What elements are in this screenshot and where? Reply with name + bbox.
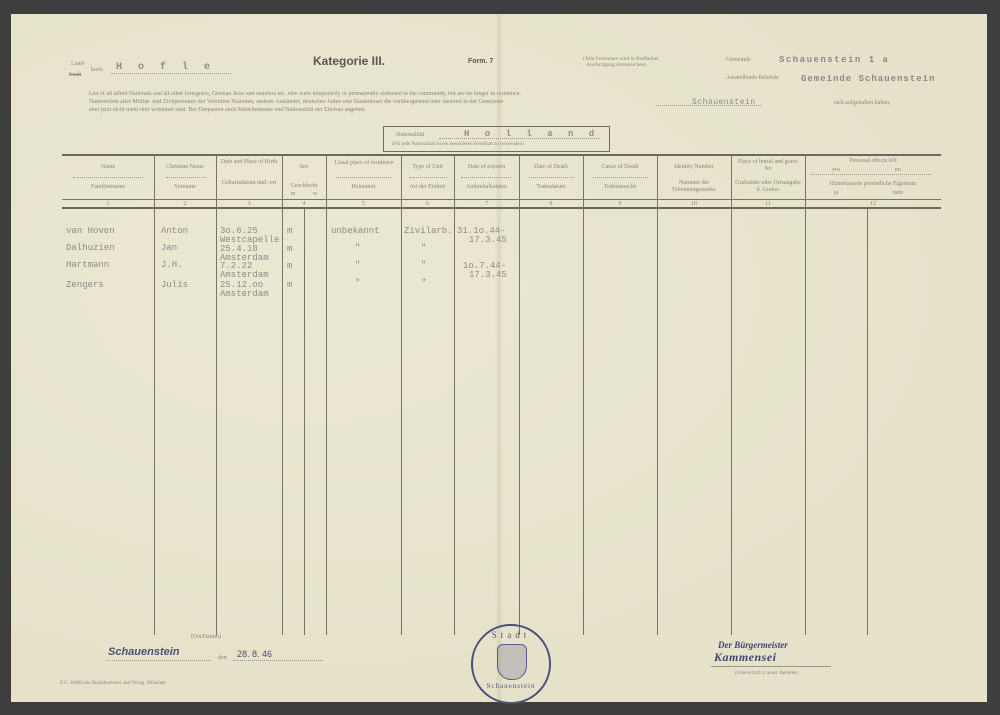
col-header-sex-de: Geschlecht bbox=[282, 183, 326, 190]
nationality-box: Nationalität H o l l a n d (Für jede Nat… bbox=[383, 126, 610, 152]
cell-birth-place: Amsterdam bbox=[220, 290, 269, 299]
col-number: 8 bbox=[519, 201, 583, 207]
cell-unit: " bbox=[421, 279, 426, 288]
effects-dotted-1 bbox=[811, 174, 931, 175]
col-header-residence-en: Usual place of residence bbox=[329, 160, 399, 167]
header-dotted bbox=[409, 177, 447, 178]
cell-name: Dalhuzien bbox=[66, 244, 115, 253]
cell-name: van Hoven bbox=[66, 227, 115, 236]
cell-sojourn-to: 17.3.45 bbox=[469, 236, 507, 245]
col-divider bbox=[282, 155, 283, 635]
table-header-divider bbox=[62, 199, 941, 200]
col-header-burial-en: Place of burial and grave No bbox=[735, 159, 801, 173]
seal-top-text: Stadt bbox=[473, 630, 549, 640]
intro-line-2: Namensliste aller Militär- und Zivilpers… bbox=[89, 99, 649, 105]
cell-residence: " bbox=[355, 279, 360, 288]
gemeinde-value: Schauenstein 1 a bbox=[779, 55, 889, 65]
cell-sojourn-to: 17.3.45 bbox=[469, 271, 507, 280]
col-number: 10 bbox=[657, 201, 731, 207]
col-divider-sex bbox=[304, 209, 305, 635]
col-header-name-en: Name bbox=[62, 164, 154, 171]
date-underline bbox=[233, 660, 323, 661]
cell-sex: m bbox=[287, 281, 292, 290]
col-number: 2 bbox=[154, 201, 216, 207]
col-number: 11 bbox=[731, 201, 805, 207]
cell-first-name: Jan bbox=[161, 244, 177, 253]
col-number: 7 bbox=[454, 201, 519, 207]
col-header-death-date-de: Todesdatum bbox=[519, 184, 583, 191]
col-header-death-date-en: Date of Death bbox=[519, 164, 583, 171]
kreis-underline bbox=[111, 73, 231, 74]
cell-first-name: Julis bbox=[161, 281, 188, 290]
cell-unit: " bbox=[421, 244, 426, 253]
col-header-death-cause-en: Cause of Death bbox=[583, 164, 657, 171]
col-header-identity-en: Identity Number bbox=[657, 164, 731, 171]
nationality-underline bbox=[439, 138, 599, 139]
cell-unit: " bbox=[421, 261, 426, 270]
col-header-burial-de: Grabstätte oder Ortsangabe d. Grabes bbox=[735, 180, 801, 194]
intro-line-1: List of all allied Nationals and all oth… bbox=[89, 91, 729, 97]
table-header-bottom-rule bbox=[62, 207, 941, 209]
col-divider bbox=[583, 155, 584, 635]
document-page: Land- kreis Stadt H o f l e Kategorie II… bbox=[11, 14, 987, 702]
date-stamp: 28. 8. 46 bbox=[237, 649, 272, 659]
nationality-label: Nationalität bbox=[396, 132, 424, 138]
header-dotted bbox=[166, 177, 206, 178]
col-header-first-de: Vorname bbox=[154, 184, 216, 191]
seal-bottom-text: Schauenstein bbox=[473, 682, 549, 690]
form-number: Form. 7 bbox=[468, 58, 493, 65]
col-divider-effects bbox=[867, 209, 868, 635]
cell-birth-place: Amsterdam bbox=[220, 271, 269, 280]
col-header-birth-de: Geburtsdatum und -ort bbox=[218, 180, 280, 187]
category-title: Kategorie III. bbox=[313, 54, 385, 68]
intro-line-2-end: sich aufgehalten haben, bbox=[834, 100, 890, 106]
col-divider bbox=[401, 155, 402, 635]
intro-line-3: aber jetzt nicht mehr dort wohnhaft sind… bbox=[89, 107, 649, 113]
header-dotted bbox=[461, 177, 511, 178]
cell-name: Zengers bbox=[66, 281, 104, 290]
header-dotted bbox=[529, 177, 574, 178]
col-header-residence-de: Heimatort bbox=[326, 184, 401, 191]
cell-unit: Zivilarb. bbox=[404, 227, 453, 236]
col-header-effects-no: no bbox=[873, 167, 923, 174]
signature-title: Der Bürgermeister bbox=[718, 640, 788, 650]
col-divider bbox=[326, 155, 327, 635]
cell-sex: m bbox=[287, 262, 292, 271]
header-dotted bbox=[336, 177, 391, 178]
col-header-effects-de: Hinterlassene persönliche Eigentum bbox=[805, 181, 941, 188]
col-header-sojourn-en: Date of sojourn bbox=[454, 164, 519, 171]
col-header-sex-w: w bbox=[307, 191, 323, 198]
col-header-effects-nein: nein bbox=[873, 190, 923, 197]
copies-note-2: Ausfertigung einzureichen) bbox=[586, 63, 646, 69]
col-header-effects-yes: yes bbox=[811, 167, 861, 174]
col-header-name-de: Familienname bbox=[62, 184, 154, 191]
col-number: 1 bbox=[62, 201, 154, 207]
col-header-unit-de: Art der Einheit bbox=[401, 184, 454, 191]
col-number: 12 bbox=[805, 201, 941, 207]
col-divider bbox=[154, 155, 155, 635]
ausstellende-value: Gemeinde Schauenstein bbox=[801, 74, 935, 84]
official-seal: Stadt Schauenstein bbox=[471, 624, 551, 704]
nationality-note: (Für jede Nationalität ist ein besondere… bbox=[392, 142, 524, 147]
signature: Kammensei bbox=[714, 650, 777, 665]
gemeinde-label: Gemeinde bbox=[726, 57, 751, 63]
stadt-label: Stadt bbox=[69, 72, 81, 78]
col-number: 4 bbox=[282, 201, 326, 207]
cell-residence: " bbox=[355, 244, 360, 253]
cell-name: Hartmann bbox=[66, 261, 109, 270]
cell-first-name: J.H. bbox=[161, 261, 183, 270]
cell-residence: " bbox=[355, 261, 360, 270]
col-divider bbox=[216, 155, 217, 635]
col-number: 9 bbox=[583, 201, 657, 207]
header-dotted bbox=[73, 177, 143, 178]
col-divider bbox=[657, 155, 658, 635]
col-header-effects-ja: ja bbox=[811, 190, 861, 197]
header-dotted bbox=[593, 177, 648, 178]
table-top-rule bbox=[62, 154, 941, 156]
printer-imprint: Z.G. Weiß'sche Buchdruckerei und Verlag,… bbox=[60, 681, 166, 686]
col-header-first-en: Christian Name bbox=[154, 164, 216, 171]
cell-residence: unbekannt bbox=[331, 227, 380, 236]
place-stamp: Schauenstein bbox=[108, 646, 180, 658]
place-underline bbox=[106, 660, 211, 661]
cell-sex: m bbox=[287, 227, 292, 236]
den-label: den bbox=[218, 655, 227, 661]
coat-of-arms-icon bbox=[497, 644, 527, 680]
cell-sex: m bbox=[287, 245, 292, 254]
col-header-birth-en: Date and Place of Birth bbox=[218, 159, 280, 166]
col-number: 6 bbox=[401, 201, 454, 207]
ausstellende-label: Ausstellende Behörde bbox=[726, 75, 779, 81]
col-divider bbox=[731, 155, 732, 635]
kreis-label: kreis bbox=[91, 67, 103, 73]
col-header-identity-de: Nummer der Erkennungsmarke bbox=[661, 180, 727, 194]
col-number: 3 bbox=[216, 201, 282, 207]
signature-caption: (Unterschrift d. ausst. Behörde) bbox=[735, 671, 798, 676]
col-header-sex-m: m bbox=[285, 191, 301, 198]
kreis-value: H o f l e bbox=[116, 62, 215, 73]
intro-gemeinde-value: Schauenstein bbox=[692, 98, 756, 107]
col-header-sex-en: Sex bbox=[282, 164, 326, 171]
col-divider bbox=[519, 155, 520, 635]
signature-line bbox=[711, 666, 831, 667]
col-divider bbox=[805, 155, 806, 635]
col-number: 5 bbox=[326, 201, 401, 207]
col-header-unit-en: Type of Unit bbox=[401, 164, 454, 171]
col-header-death-cause-de: Todesursache bbox=[583, 184, 657, 191]
ort-label: (Ort/Datum) bbox=[191, 634, 221, 640]
col-divider bbox=[454, 155, 455, 635]
col-header-effects-en: Personal effects left bbox=[805, 158, 941, 165]
col-header-sojourn-de: Aufenthaltsdaten bbox=[454, 184, 519, 191]
cell-first-name: Anton bbox=[161, 227, 188, 236]
land-label: Land- bbox=[71, 61, 85, 67]
